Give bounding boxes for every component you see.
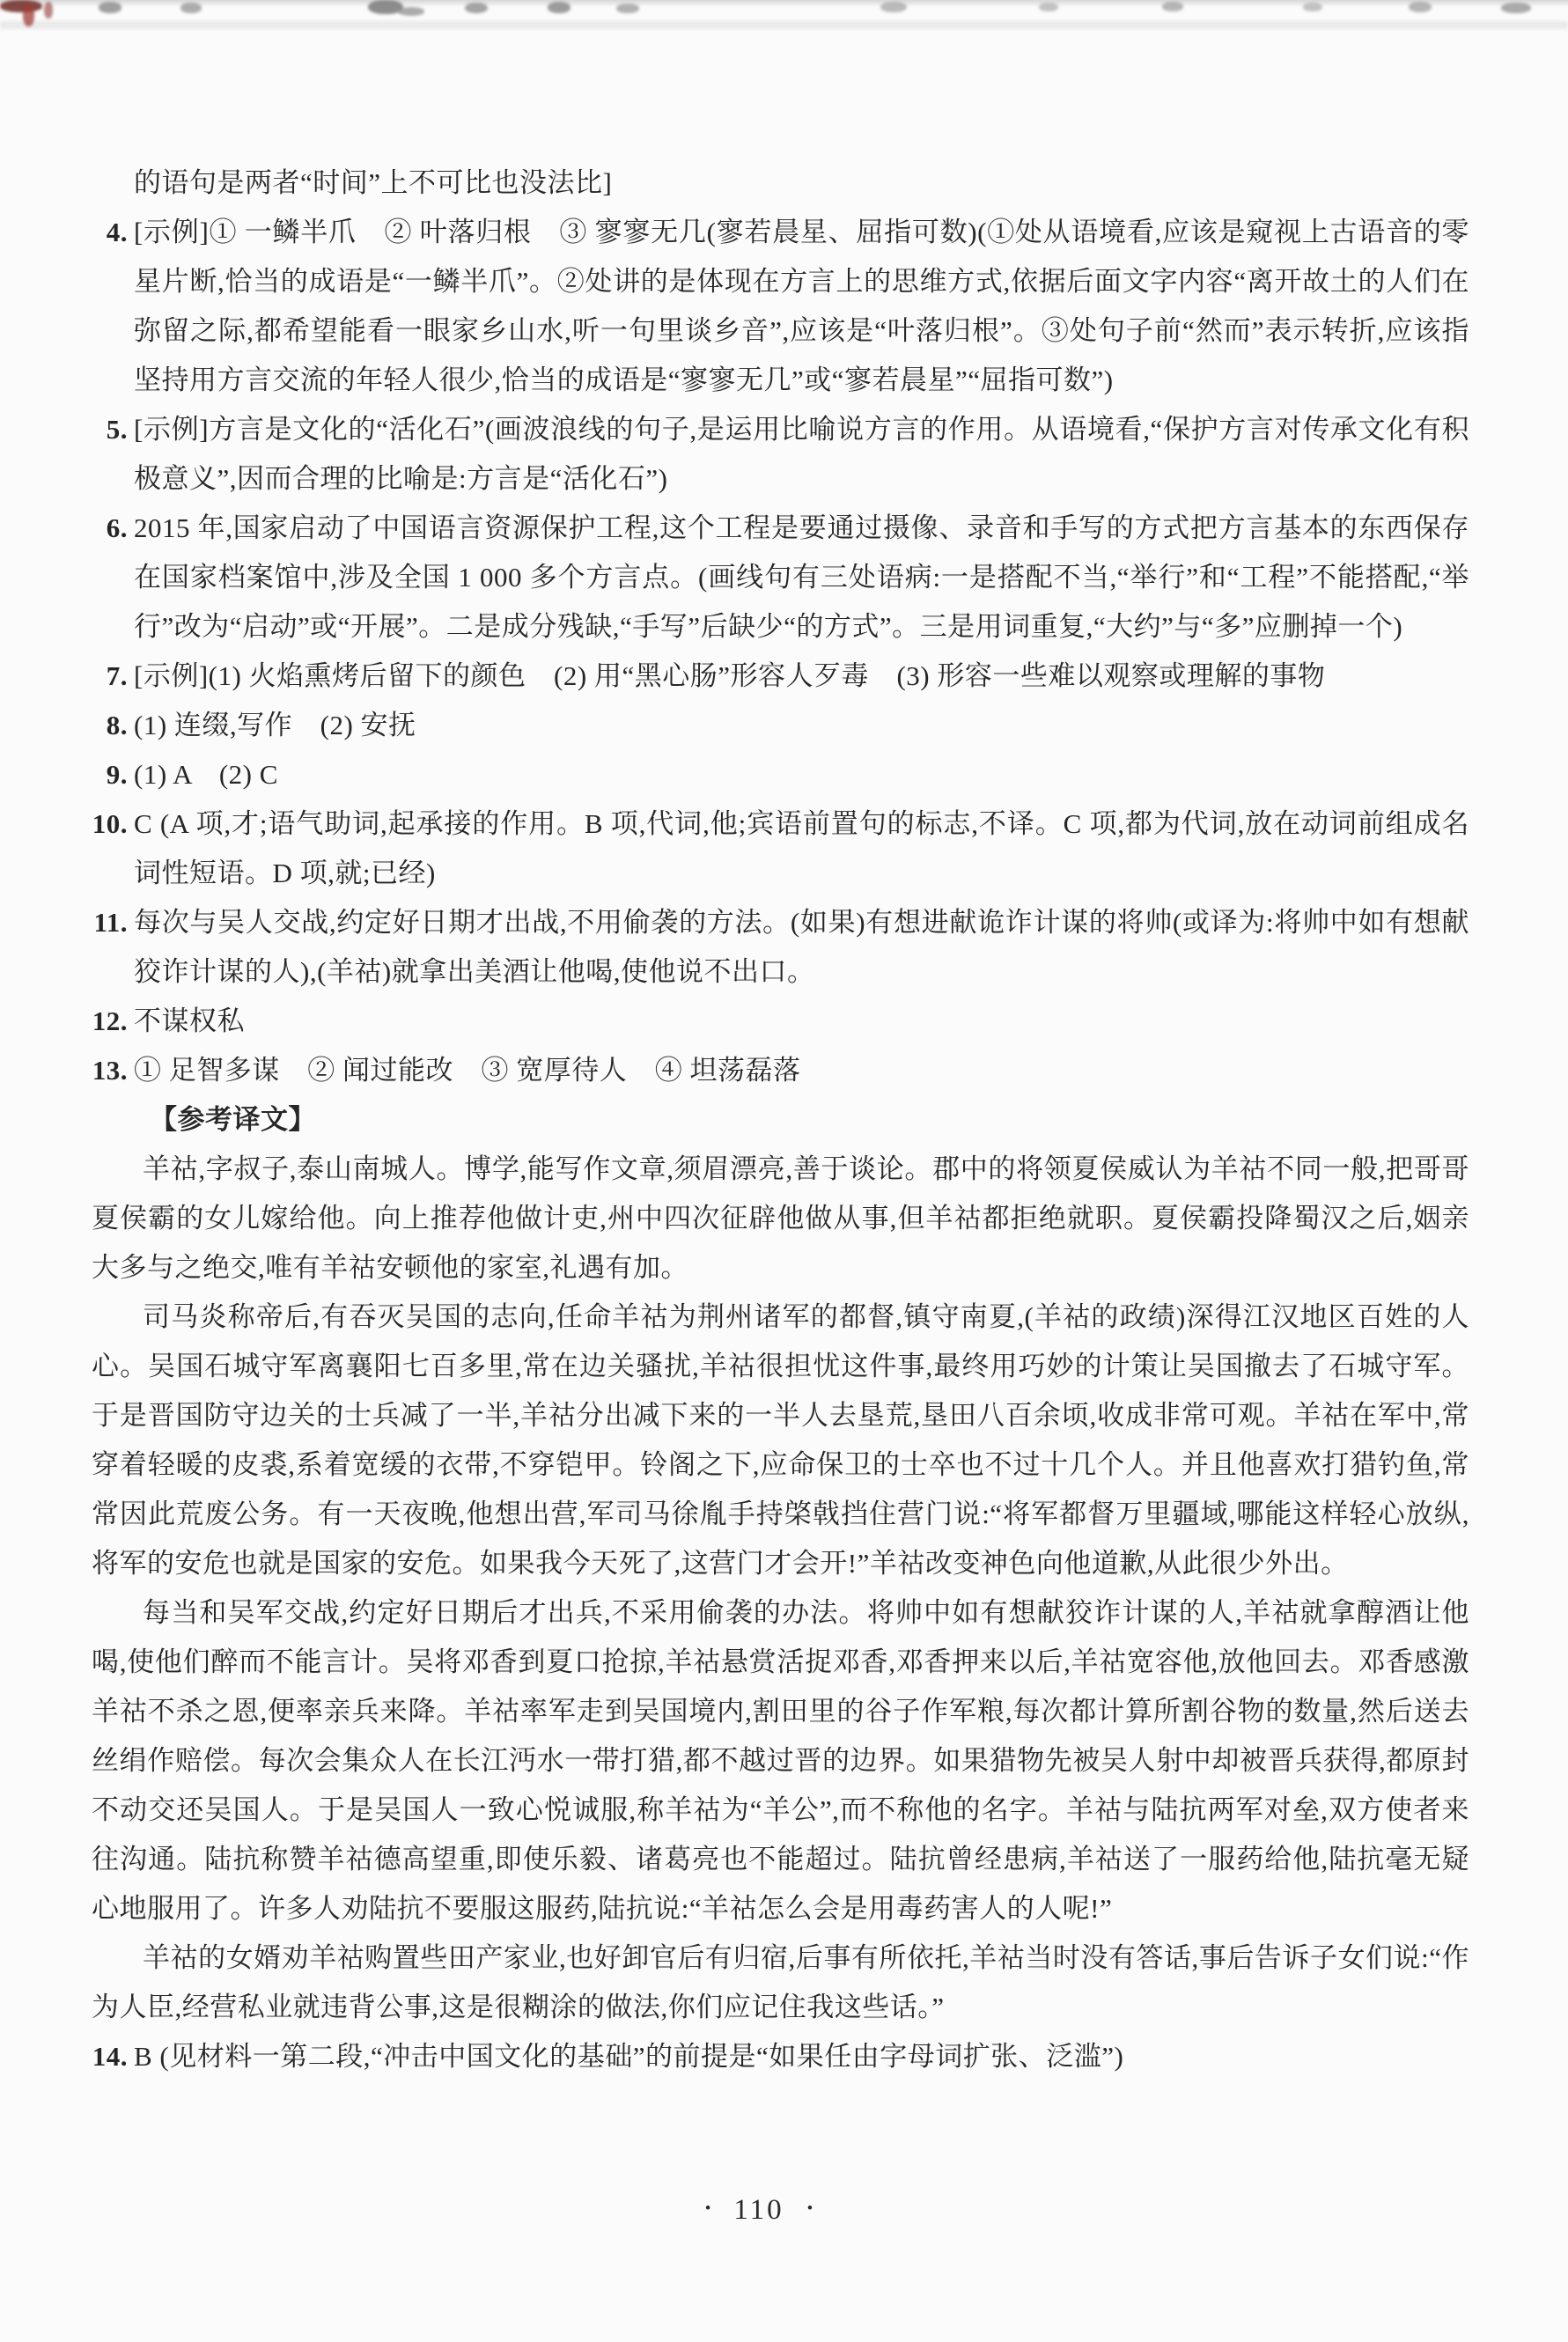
answer-number: 10. xyxy=(92,799,128,849)
answer-text: [示例]方言是文化的“活化石”(画波浪线的句子,是运用比喻说方言的作用。从语境看… xyxy=(134,405,1469,504)
answer-text: 不谋权私 xyxy=(134,997,1469,1046)
answer-continuation: 的语句是两者“时间”上不可比也没法比] xyxy=(92,158,1469,208)
scan-smudge xyxy=(1303,3,1322,11)
answer-text: 的语句是两者“时间”上不可比也没法比] xyxy=(134,158,1469,208)
scan-artifact-top-edge xyxy=(0,0,1568,7)
answer-item: 5.[示例]方言是文化的“活化石”(画波浪线的句子,是运用比喻说方言的作用。从语… xyxy=(92,405,1469,504)
workbook-answer-page: 的语句是两者“时间”上不可比也没法比]4.[示例]① 一鳞半爪 ② 叶落归根 ③… xyxy=(0,0,1568,2342)
scan-smudge xyxy=(1409,2,1432,12)
answer-text: (1) A (2) C xyxy=(134,750,1469,799)
answer-text: C (A 项,才;语气助词,起承接的作用。B 项,代词,他;宾语前置句的标志,不… xyxy=(134,799,1469,898)
answer-number: 7. xyxy=(92,652,128,701)
answer-number: 11. xyxy=(92,898,128,947)
translation-paragraph: 羊祜,字叔子,泰山南城人。博学,能写作文章,须眉漂亮,善于谈论。郡中的将领夏侯威… xyxy=(92,1145,1469,1293)
scan-smudge xyxy=(548,2,571,13)
answer-item: 4.[示例]① 一鳞半爪 ② 叶落归根 ③ 寥寥无几(寥若晨星、屈指可数)(①处… xyxy=(92,208,1469,405)
answer-number: 6. xyxy=(92,504,128,553)
scan-artifact-top-band xyxy=(0,21,1568,29)
scan-smudge xyxy=(398,7,424,16)
answer-item: 11.每次与吴人交战,约定好日期才出战,不用偷袭的方法。(如果)有想进献诡诈计谋… xyxy=(92,898,1469,997)
answer-item: 12.不谋权私 xyxy=(92,997,1469,1046)
answer-item: 7.[示例](1) 火焰熏烤后留下的颜色 (2) 用“黑心肠”形容人歹毒 (3)… xyxy=(92,652,1469,701)
translation-paragraph: 每当和吴军交战,约定好日期后才出兵,不采用偷袭的办法。将帅中如有想献狡诈计谋的人… xyxy=(92,1588,1469,1933)
scan-smudge xyxy=(1039,3,1058,11)
answer-number: 8. xyxy=(92,701,128,750)
translation-heading: 【参考译文】 xyxy=(150,1095,1469,1145)
answer-text: 每次与吴人交战,约定好日期才出战,不用偷袭的方法。(如果)有想进献诡诈计谋的将帅… xyxy=(134,898,1469,997)
scan-smudge xyxy=(616,4,639,13)
answer-item: 13.① 足智多谋 ② 闻过能改 ③ 宽厚待人 ④ 坦荡磊落 xyxy=(92,1046,1469,1095)
answer-number: 4. xyxy=(92,208,128,257)
answer-text: [示例](1) 火焰熏烤后留下的颜色 (2) 用“黑心肠”形容人歹毒 (3) 形… xyxy=(134,652,1469,701)
answer-item: 10.C (A 项,才;语气助词,起承接的作用。B 项,代词,他;宾语前置句的标… xyxy=(92,799,1469,898)
answer-text: 2015 年,国家启动了中国语言资源保护工程,这个工程是要通过摄像、录音和手写的… xyxy=(134,504,1469,652)
answers-flow: 的语句是两者“时间”上不可比也没法比]4.[示例]① 一鳞半爪 ② 叶落归根 ③… xyxy=(0,158,1568,2081)
answer-item: 8.(1) 连缀,写作 (2) 安抚 xyxy=(92,701,1469,750)
footer-dot-right-icon: • xyxy=(807,2199,813,2218)
answer-text: B (见材料一第二段,“冲击中国文化的基础”的前提是“如果任由字母词扩张、泛滥”… xyxy=(134,2032,1469,2081)
answer-number: 14. xyxy=(92,2032,128,2081)
answer-text: (1) 连缀,写作 (2) 安抚 xyxy=(134,701,1469,750)
footer-dot-left-icon: • xyxy=(705,2199,711,2218)
scan-smudge xyxy=(23,4,34,26)
scan-smudge xyxy=(880,2,907,12)
answer-number: 5. xyxy=(92,405,128,454)
answer-item: 14.B (见材料一第二段,“冲击中国文化的基础”的前提是“如果任由字母词扩张、… xyxy=(92,2032,1469,2081)
scan-smudge xyxy=(44,2,53,18)
scan-smudge xyxy=(99,2,121,13)
answer-item: 6.2015 年,国家启动了中国语言资源保护工程,这个工程是要通过摄像、录音和手… xyxy=(92,504,1469,652)
answer-number: 9. xyxy=(92,750,128,799)
scan-smudge xyxy=(180,3,202,13)
scan-smudge xyxy=(1501,3,1531,13)
answer-number: 12. xyxy=(92,997,128,1046)
answer-text: [示例]① 一鳞半爪 ② 叶落归根 ③ 寥寥无几(寥若晨星、屈指可数)(①处从语… xyxy=(134,208,1469,405)
answer-text: ① 足智多谋 ② 闻过能改 ③ 宽厚待人 ④ 坦荡磊落 xyxy=(134,1046,1469,1095)
answer-number: 13. xyxy=(92,1046,128,1095)
translation-paragraph: 司马炎称帝后,有吞灭吴国的志向,任命羊祜为荆州诸军的都督,镇守南夏,(羊祜的政绩… xyxy=(92,1293,1469,1588)
footer-page-number: 110 xyxy=(733,2194,784,2227)
scan-smudge xyxy=(1162,2,1183,11)
scan-smudge xyxy=(0,0,42,12)
translation-paragraph: 羊祜的女婿劝羊祜购置些田产家业,也好卸官后有归宿,后事有所依托,羊祜当时没有答话… xyxy=(92,1933,1469,2032)
page-footer: •110• xyxy=(0,2194,1518,2227)
scan-smudge xyxy=(465,3,488,13)
answer-item: 9.(1) A (2) C xyxy=(92,750,1469,799)
